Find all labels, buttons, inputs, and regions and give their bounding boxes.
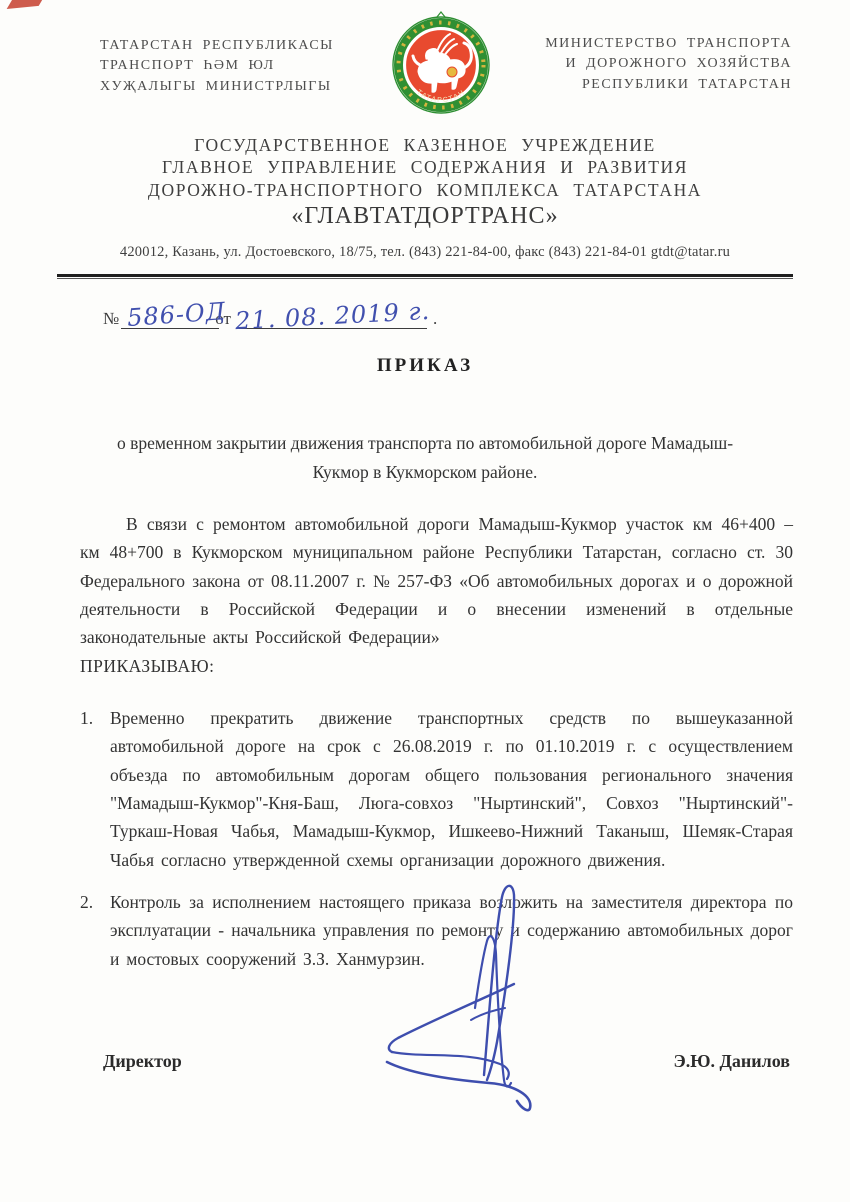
- tatarstan-coat-of-arms-icon: ТАТАРСТАН: [390, 10, 492, 114]
- ministry-name-russian-line: МИНИСТЕРСТВО ТРАНСПОРТА: [532, 34, 792, 54]
- trailing-period: .: [433, 309, 437, 329]
- letterhead: ТАТАРСТАН РЕСПУБЛИКАСЫ ТРАНСПОРТ ҺӘМ ЮЛ …: [0, 0, 850, 114]
- order-date-handwritten: 21. 08. 2019 г.: [235, 297, 431, 335]
- ministry-name-tatar-line: ТРАНСПОРТ ҺӘМ ЮЛ: [100, 56, 350, 76]
- org-line: ДОРОЖНО-ТРАНСПОРТНОГО КОМПЛЕКСА ТАТАРСТА…: [0, 179, 850, 201]
- org-line: ГЛАВНОЕ УПРАВЛЕНИЕ СОДЕРЖАНИЯ И РАЗВИТИЯ: [0, 156, 850, 178]
- order-number-line: № 586-ОД от 21. 08. 2019 г. .: [103, 295, 850, 329]
- order-date-blank: 21. 08. 2019 г.: [239, 300, 427, 329]
- signatory-position: Директор: [103, 1051, 182, 1072]
- item-number: 1.: [80, 704, 110, 874]
- ministry-name-russian-line: И ДОРОЖНОГО ХОЗЯЙСТВА: [532, 54, 792, 74]
- org-line: ГОСУДАРСТВЕННОЕ КАЗЕННОЕ УЧРЕЖДЕНИЕ: [0, 134, 850, 156]
- ministry-name-tatar-line: ХУҖАЛЫГЫ МИНИСТРЛЫГЫ: [100, 77, 350, 97]
- divider-thin-line: [57, 278, 793, 279]
- order-title: ПРИКАЗ: [0, 355, 850, 377]
- order-item-1: 1. Временно прекратить движение транспор…: [80, 704, 793, 874]
- order-subject: о временном закрытии движения транспорта…: [115, 429, 735, 486]
- number-sign-label: №: [103, 309, 119, 329]
- organisation-block: ГОСУДАРСТВЕННОЕ КАЗЕННОЕ УЧРЕЖДЕНИЕ ГЛАВ…: [0, 134, 850, 230]
- order-number-blank: 586-ОД: [121, 300, 219, 329]
- order-number-handwritten: 586-ОД: [126, 297, 227, 332]
- ministry-name-tatar: ТАТАРСТАН РЕСПУБЛИКАСЫ ТРАНСПОРТ ҺӘМ ЮЛ …: [100, 32, 350, 97]
- ministry-name-russian-line: РЕСПУБЛИКИ ТАТАРСТАН: [532, 75, 792, 95]
- order-preamble: В связи с ремонтом автомобильной дороги …: [80, 510, 793, 652]
- org-address: 420012, Казань, ул. Достоевского, 18/75,…: [0, 244, 850, 261]
- ministry-name-russian: МИНИСТЕРСТВО ТРАНСПОРТА И ДОРОЖНОГО ХОЗЯ…: [532, 32, 792, 95]
- signatory-name: Э.Ю. Данилов: [674, 1051, 790, 1072]
- org-short-name: «ГЛАВТАТДОРТРАНС»: [0, 203, 850, 230]
- item-number: 2.: [80, 888, 110, 973]
- letterhead-divider: [57, 274, 793, 279]
- item-text: Временно прекратить движение транспортны…: [110, 704, 793, 874]
- divider-thick-line: [57, 274, 793, 277]
- scanned-order-document: ТАТАРСТАН РЕСПУБЛИКАСЫ ТРАНСПОРТ ҺӘМ ЮЛ …: [0, 0, 850, 1202]
- director-signature-ink: [383, 880, 575, 1122]
- ministry-name-tatar-line: ТАТАРСТАН РЕСПУБЛИКАСЫ: [100, 36, 350, 56]
- resolve-word: ПРИКАЗЫВАЮ:: [80, 652, 793, 680]
